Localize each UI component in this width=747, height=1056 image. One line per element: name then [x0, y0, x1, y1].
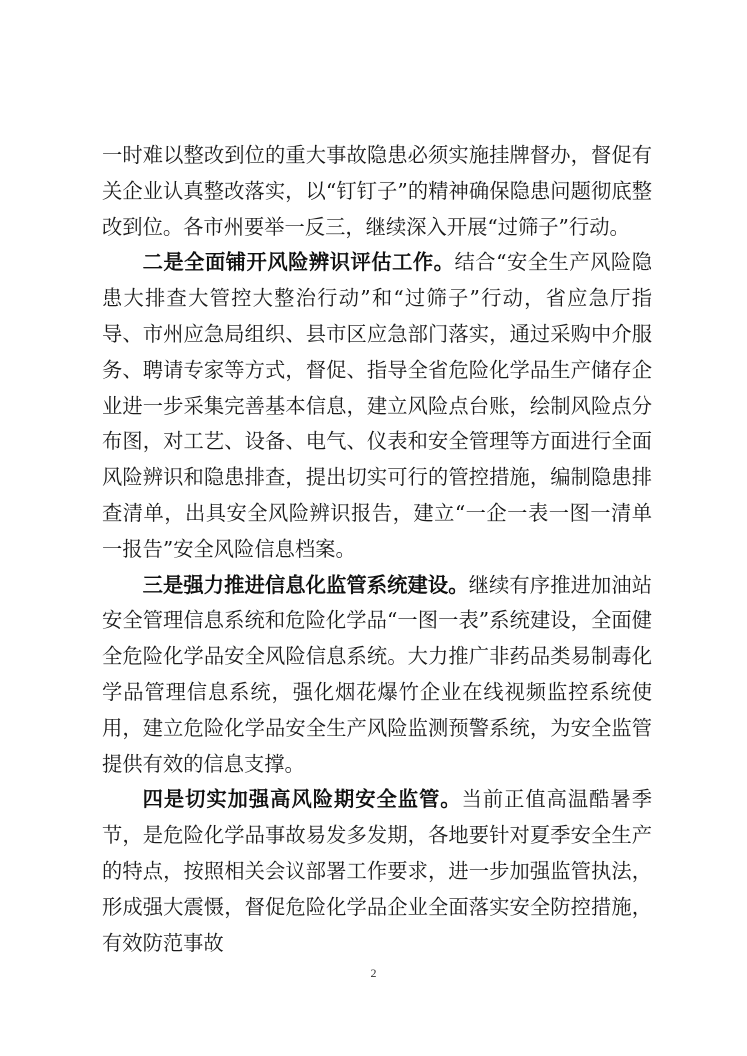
paragraph-text: 当前正值高温酷暑季节，是危险化学品事故易发多发期，各地要针对夏季安全生产的特点，…: [102, 787, 652, 954]
paragraph-risk-identification: 二是全面铺开风险辨识评估工作。结合“安全生产风险隐患大排查大管控大整治行动”和“…: [102, 245, 652, 567]
paragraph-text: 继续有序推进加油站安全管理信息系统和危险化学品“一图一表”系统建设，全面健全危险…: [102, 573, 652, 776]
paragraph-text: 一时难以整改到位的重大事故隐患必须实施挂牌督办，督促有关企业认真整改落实，以“钉…: [102, 143, 652, 239]
paragraph-heading: 二是全面铺开风险辨识评估工作。: [143, 250, 455, 274]
paragraph-information-system: 三是强力推进信息化监管系统建设。继续有序推进加油站安全管理信息系统和危险化学品“…: [102, 568, 652, 783]
paragraph-heading: 三是强力推进信息化监管系统建设。: [143, 573, 469, 597]
paragraph-continuation: 一时难以整改到位的重大事故隐患必须实施挂牌督办，督促有关企业认真整改落实，以“钉…: [102, 138, 652, 245]
page-number: 2: [0, 966, 747, 981]
paragraph-heading: 四是切实加强高风险期安全监管。: [143, 787, 462, 811]
document-page: 一时难以整改到位的重大事故隐患必须实施挂牌督办，督促有关企业认真整改落实，以“钉…: [102, 138, 652, 961]
paragraph-high-risk-supervision: 四是切实加强高风险期安全监管。当前正值高温酷暑季节，是危险化学品事故易发多发期，…: [102, 782, 652, 961]
paragraph-text: 结合“安全生产风险隐患大排查大管控大整治行动”和“过筛子”行动，省应急厅指导、市…: [102, 250, 652, 560]
